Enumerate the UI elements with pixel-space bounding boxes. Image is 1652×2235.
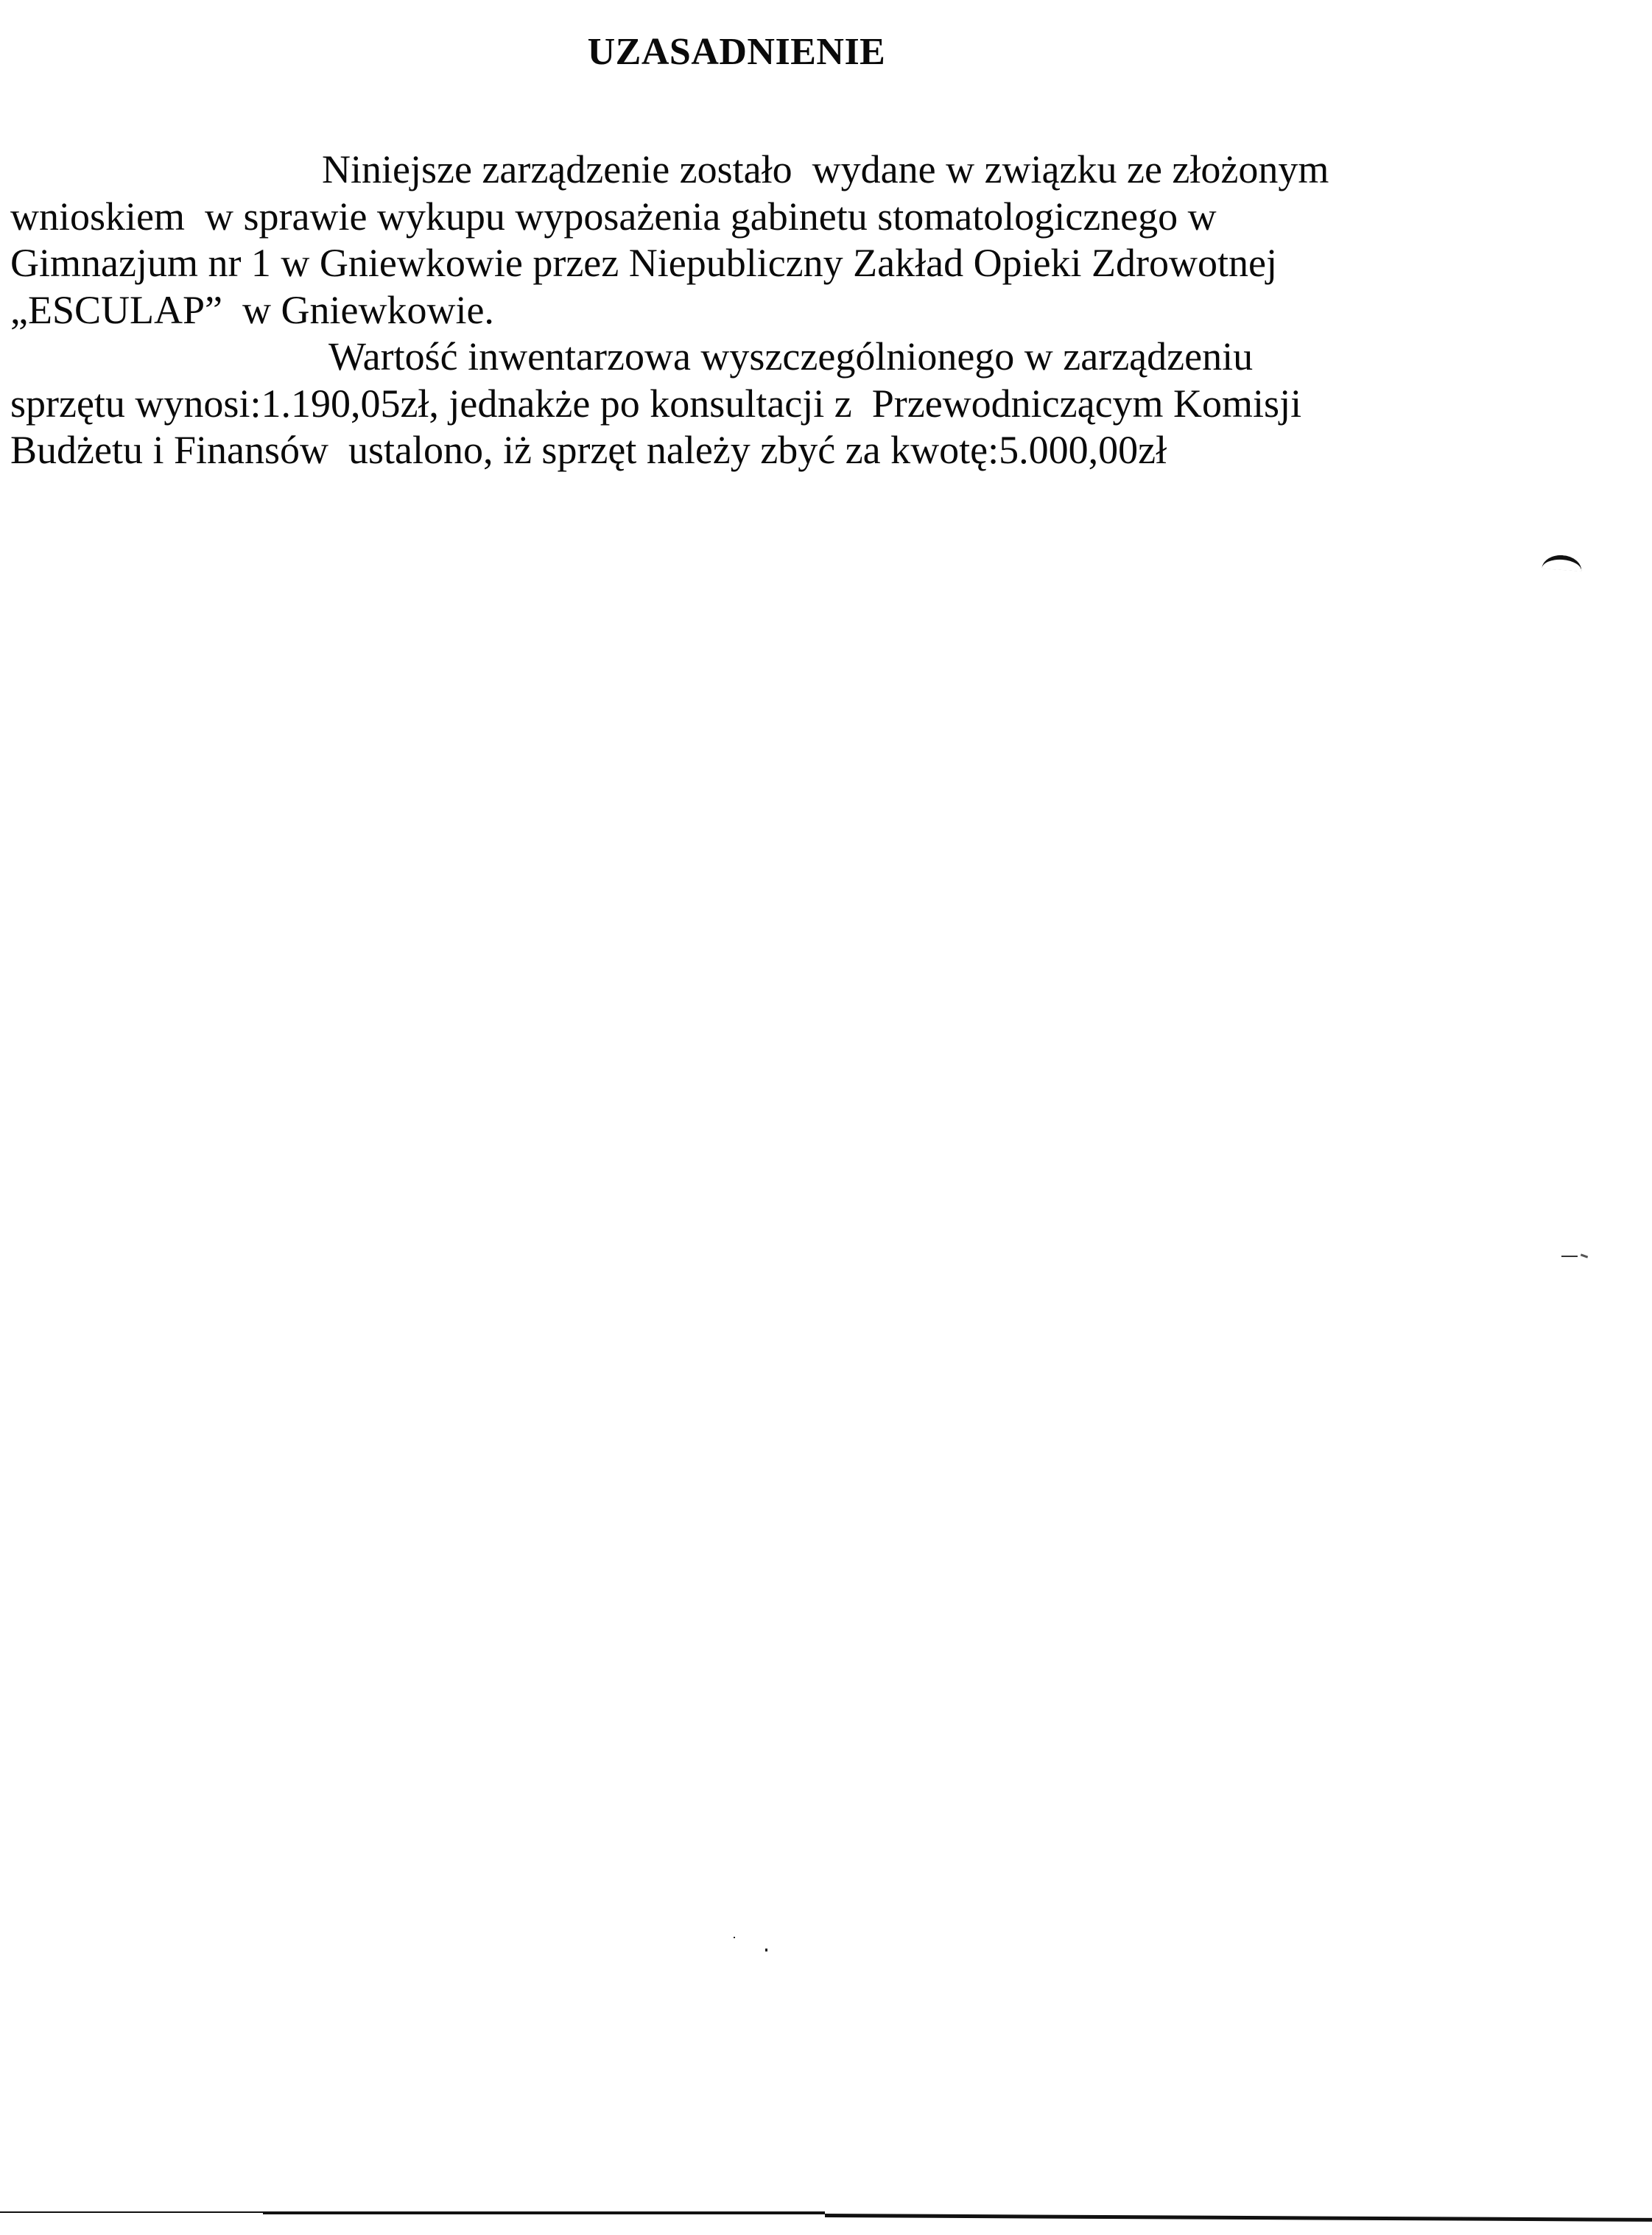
paragraph-line: „ESCULAP” w Gniewkowie. [10, 287, 1454, 334]
paragraph-inventory-value: Wartość inwentarzowa wyszczególnionego w… [10, 334, 1454, 474]
document-body: Niniejsze zarządzenie zostało wydane w z… [10, 147, 1454, 474]
scan-artifact-mark [1542, 554, 1582, 571]
paragraph-line: Budżetu i Finansów ustalono, iż sprzęt n… [10, 427, 1454, 474]
scan-artifact-dash [1581, 1253, 1588, 1258]
paragraph-line: sprzętu wynosi:1.190,05zł, jednakże po k… [10, 381, 1454, 428]
bottom-scan-edge-line [825, 2214, 1652, 2222]
bottom-scan-edge-line [263, 2212, 825, 2214]
scan-artifact-dash [1561, 1256, 1578, 1257]
document-title: UZASADNIENIE [0, 30, 1473, 74]
scan-artifact-speck [734, 1937, 735, 1938]
scan-artifact-speck [765, 1949, 767, 1951]
paragraph-justification-basis: Niniejsze zarządzenie zostało wydane w z… [10, 147, 1454, 334]
paragraph-line: Niniejsze zarządzenie zostało wydane w z… [10, 147, 1454, 194]
paragraph-line: wnioskiem w sprawie wykupu wyposażenia g… [10, 194, 1454, 241]
paragraph-line: Gimnazjum nr 1 w Gniewkowie przez Niepub… [10, 240, 1454, 287]
paragraph-line: Wartość inwentarzowa wyszczególnionego w… [10, 334, 1454, 381]
